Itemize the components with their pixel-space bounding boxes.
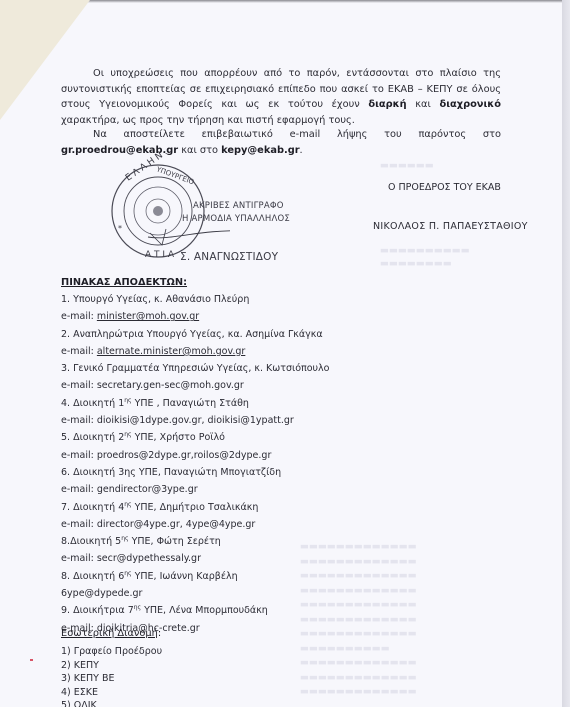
email-label: e-mail: [61, 346, 97, 357]
recipient-label: ΥΠΕ, Ιωάννη Καρβέλη [132, 571, 238, 582]
svg-text:*: * [118, 224, 122, 233]
recipient-email-link[interactable]: 6ype@dypede.gr [61, 588, 142, 599]
recipient-email-line: e-mail: director@4ype.gr, 4ype@4ype.gr [61, 516, 361, 533]
internal-heading-text: Εσωτερική Διανομή [61, 628, 158, 639]
ordinal-suffix: ης [124, 431, 131, 438]
recipient-email-link[interactable]: secretary.gen-sec@moh.gov.gr [97, 380, 244, 391]
ordinal-suffix: ης [124, 501, 131, 508]
recipient-name: 3. Γενικό Γραμματέα Υπηρεσιών Υγείας, κ.… [61, 360, 361, 377]
recipient-label: ΥΠΕ, Χρήστο Ροϊλό [132, 432, 225, 443]
recipient-email-link[interactable]: gendirector@3ype.gr [97, 484, 198, 495]
ordinal-suffix: ης [124, 397, 131, 404]
recipient-name: 7. Διοικητή 4ης ΥΠΕ, Δημήτριο Τσαλικάκη [61, 499, 361, 516]
email-label: e-mail: [61, 553, 97, 564]
red-ink-mark [30, 659, 33, 661]
recipient-email-link[interactable]: secr@dypethessaly.gr [97, 553, 201, 564]
email-kepy[interactable]: kepy@ekab.gr [221, 145, 299, 156]
scanned-page: ▬▬▬▬▬▬ ▬▬▬▬▬▬▬▬▬▬ ▬▬▬▬▬▬▬▬ ▬▬▬▬▬▬▬▬▬▬▬▬▬… [0, 0, 562, 707]
ordinal-suffix: ης [134, 604, 141, 611]
email-label: e-mail: [61, 311, 97, 322]
heading-colon: : [158, 628, 161, 639]
internal-distribution-item: 2) ΚΕΠΥ [61, 659, 162, 673]
bleed-through-text: ▬▬▬▬▬▬▬▬ [380, 256, 510, 271]
stamp-certified-copy: ΑΚΡΙΒΕΣ ΑΝΤΙΓΡΑΦΟ [193, 201, 284, 211]
internal-distribution-item: 1) Γραφείο Προέδρου [61, 645, 162, 659]
scan-page-edge [562, 0, 570, 707]
internal-distribution-list: 1) Γραφείο Προέδρου2) ΚΕΠΥ3) ΚΕΠΥ ΒΕ4) Ε… [61, 645, 162, 707]
recipient-email-link[interactable]: dioikisi@1dype.gov.gr, dioikisi@1ypatt.g… [97, 415, 294, 426]
ordinal-suffix: ης [121, 535, 128, 542]
paragraph-text: και [407, 99, 440, 110]
recipient-label: ΥΠΕ , Παναγιώτη Στάθη [132, 398, 249, 409]
internal-distribution-item: 3) ΚΕΠΥ ΒΕ [61, 672, 162, 686]
paragraph-text: χαρακτήρα, ως προς την τήρηση και πιστή … [61, 115, 355, 126]
email-label: e-mail: [61, 380, 97, 391]
recipient-label: 7. Διοικητή 4 [61, 502, 124, 513]
bold-term-timeless: διαχρονικό [439, 99, 501, 110]
recipient-name: 2. Αναπληρώτρια Υπουργό Υγείας, κα. Ασημ… [61, 326, 361, 343]
bleed-through-text: ▬▬▬▬▬▬ [380, 158, 500, 173]
ordinal-suffix: ης [124, 570, 131, 577]
recipient-name: 5. Διοικητή 2ης ΥΠΕ, Χρήστο Ροϊλό [61, 429, 361, 446]
recipient-email-line: e-mail: alternate.minister@moh.gov.gr [61, 343, 361, 360]
paragraph-text: Να αποστείλετε επιβεβαιωτικό e-mail λήψη… [93, 129, 501, 140]
internal-distribution-heading: Εσωτερική Διανομή: [61, 628, 161, 639]
paragraph-text: . [300, 145, 303, 156]
recipient-email-line: 6ype@dypede.gr [61, 585, 361, 602]
recipient-label: 5. Διοικητή 2 [61, 432, 124, 443]
recipient-name: 4. Διοικητή 1ης ΥΠΕ , Παναγιώτη Στάθη [61, 395, 361, 412]
recipients-heading: ΠΙΝΑΚΑΣ ΑΠΟΔΕΚΤΩΝ: [61, 277, 187, 288]
recipient-name: 1. Υπουργό Υγείας, κ. Αθανάσιο Πλεύρη [61, 291, 361, 308]
recipient-label: 4. Διοικητή 1 [61, 398, 124, 409]
recipient-email-link[interactable]: minister@moh.gov.gr [97, 311, 199, 322]
recipient-label: ΥΠΕ, Δημήτριο Τσαλικάκη [132, 502, 259, 513]
recipient-email-link[interactable]: proedros@2dype.gr,roilos@2dype.gr [97, 450, 272, 461]
recipient-email-line: e-mail: proedros@2dype.gr,roilos@2dype.g… [61, 447, 361, 464]
email-label: e-mail: [61, 484, 97, 495]
email-label: e-mail: [61, 519, 97, 530]
scan-top-shadow [80, 0, 570, 3]
signature-title: Ο ΠΡΟΕΔΡΟΣ ΤΟΥ ΕΚΑΒ [388, 182, 501, 193]
email-label: e-mail: [61, 450, 97, 461]
email-label: e-mail: [61, 415, 97, 426]
recipient-label: 8.Διοικητή 5 [61, 536, 121, 547]
stamp-signer-name: Σ. ΑΝΑΓΝΩΣΤΙΔΟΥ [180, 251, 278, 263]
recipient-name: 9. Διοικήτρια 7ης ΥΠΕ, Λένα Μπορμπουδάκη [61, 602, 361, 619]
recipient-email-line: e-mail: dioikisi@1dype.gov.gr, dioikisi@… [61, 412, 361, 429]
recipient-label: ΥΠΕ, Φώτη Σερέτη [129, 536, 221, 547]
recipients-list: 1. Υπουργό Υγείας, κ. Αθανάσιο Πλεύρηe-m… [61, 291, 361, 637]
recipient-email-line: e-mail: secretary.gen-sec@moh.gov.gr [61, 377, 361, 394]
recipient-email-link[interactable]: director@4ype.gr, 4ype@4ype.gr [97, 519, 255, 530]
bold-term-permanent: διαρκή [368, 99, 406, 110]
signature-name: ΝΙΚΟΛΑΟΣ Π. ΠΑΠΑΕΥΣΤΑΘΙΟΥ [373, 221, 528, 232]
recipient-name: 8.Διοικητή 5ης ΥΠΕ, Φώτη Σερέτη [61, 533, 361, 550]
recipient-name: 8. Διοικητή 6ης ΥΠΕ, Ιωάννη Καρβέλη [61, 568, 361, 585]
recipient-label: 9. Διοικήτρια 7 [61, 605, 134, 616]
internal-distribution-item: 5) ΟΔΙΚ [61, 699, 162, 707]
recipient-email-line: e-mail: secr@dypethessaly.gr [61, 550, 361, 567]
internal-distribution-item: 4) ΕΣΚΕ [61, 686, 162, 700]
recipient-email-link[interactable]: alternate.minister@moh.gov.gr [97, 346, 245, 357]
recipient-email-line: e-mail: gendirector@3ype.gr [61, 481, 361, 498]
recipient-label: 8. Διοικητή 6 [61, 571, 124, 582]
svg-text:Α Τ Ι Α: Α Τ Ι Α [145, 250, 175, 260]
recipient-email-line: e-mail: minister@moh.gov.gr [61, 308, 361, 325]
recipient-name: 6. Διοικητή 3ης ΥΠΕ, Παναγιώτη Μπογιατζί… [61, 464, 361, 481]
official-stamp: Ε Λ Λ Η Ν Ι Κ ΥΠΟΥΡΓΕΙΟ Α Τ Ι Α * ΑΚΡΙΒΕ… [110, 153, 230, 271]
recipient-label: ΥΠΕ, Λένα Μπορμπουδάκη [141, 605, 268, 616]
stamp-clerk-line: Η ΑΡΜΟΔΙΑ ΥΠΑΛΛΗΛΟΣ [182, 214, 290, 224]
obligations-paragraph: Οι υποχρεώσεις που απορρέουν από το παρό… [61, 66, 501, 128]
